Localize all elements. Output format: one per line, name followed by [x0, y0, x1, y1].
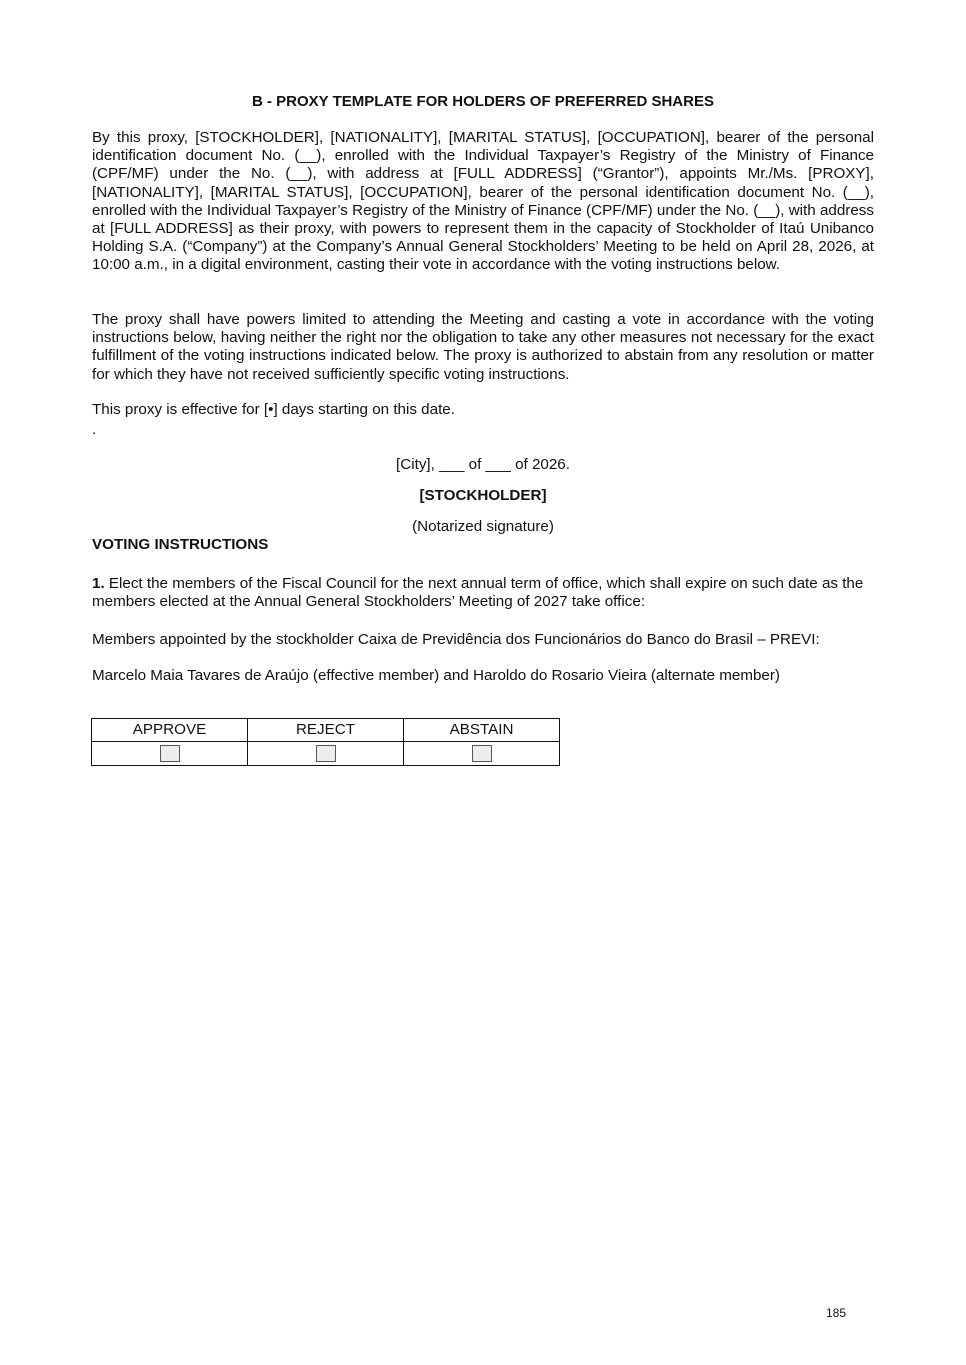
city-date-line: [City], ___ of ___ of 2026. [92, 456, 874, 474]
abstain-checkbox[interactable] [472, 745, 492, 762]
reject-checkbox[interactable] [316, 745, 336, 762]
document-title: B - PROXY TEMPLATE FOR HOLDERS OF PREFER… [92, 92, 874, 112]
document-page: B - PROXY TEMPLATE FOR HOLDERS OF PREFER… [0, 0, 966, 1365]
stockholder-signature-name: [STOCKHOLDER] [92, 487, 874, 505]
stray-dot: . [92, 421, 96, 439]
voting-instructions-heading: VOTING INSTRUCTIONS [92, 536, 268, 554]
notarized-signature-note: (Notarized signature) [92, 518, 874, 536]
item-text: Elect the members of the Fiscal Council … [92, 575, 863, 610]
validity-paragraph: This proxy is effective for [•] days sta… [92, 401, 874, 419]
page-number: 185 [826, 1306, 846, 1320]
members-names: Marcelo Maia Tavares de Araújo (effectiv… [92, 667, 874, 685]
grant-paragraph: By this proxy, [STOCKHOLDER], [NATIONALI… [92, 129, 874, 275]
reject-header: REJECT [248, 719, 404, 742]
item-number: 1. [92, 575, 105, 592]
members-intro: Members appointed by the stockholder Cai… [92, 631, 874, 649]
approve-header: APPROVE [92, 719, 248, 742]
vote-table: APPROVE REJECT ABSTAIN [91, 718, 560, 766]
resolution-item-1: 1. Elect the members of the Fiscal Counc… [92, 575, 874, 611]
abstain-header: ABSTAIN [404, 719, 560, 742]
powers-paragraph: The proxy shall have powers limited to a… [92, 311, 874, 384]
approve-checkbox[interactable] [160, 745, 180, 762]
